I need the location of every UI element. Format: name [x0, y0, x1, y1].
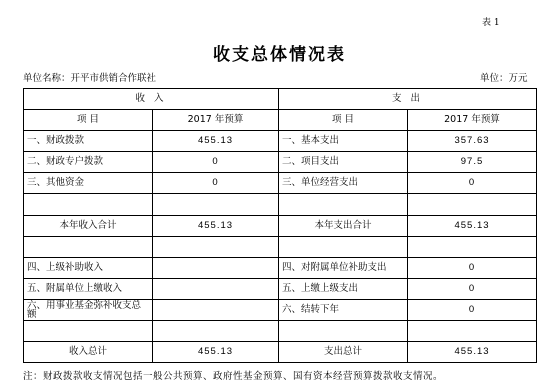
expense-value: 0: [408, 279, 537, 300]
expense-item: [279, 194, 408, 216]
expense-item: 二、项目支出: [279, 152, 408, 173]
expense-item: [279, 237, 408, 258]
income-subtotal-value: 455.13: [153, 216, 279, 237]
currency-unit-label: 单位：万元: [480, 70, 528, 84]
expense-total-value: 455.13: [408, 342, 537, 363]
income-budget-header: 2017 年预算: [153, 110, 279, 131]
expense-item: 四、对附属单位补助支出: [279, 258, 408, 279]
table-row: [24, 321, 537, 342]
expense-section-header: 支 出: [279, 89, 537, 110]
income-item: 五、附属单位上缴收入: [24, 279, 153, 300]
income-total-label: 收入总计: [24, 342, 153, 363]
income-value: [153, 300, 279, 321]
table-row: 三、其他资金 0 三、单位经营支出 0: [24, 173, 537, 194]
page-title: 收支总体情况表: [0, 40, 559, 65]
table-row: 收入总计 455.13 支出总计 455.13: [24, 342, 537, 363]
expense-value: [408, 321, 537, 342]
unit-name-label: 单位名称：开平市供销合作联社: [23, 70, 156, 84]
section-header-row: 收 入 支 出: [24, 89, 537, 110]
income-item-header: 项 目: [24, 110, 153, 131]
table-row: 本年收入合计 455.13 本年支出合计 455.13: [24, 216, 537, 237]
expense-subtotal-label: 本年支出合计: [279, 216, 408, 237]
income-value: [153, 279, 279, 300]
table-row: [24, 194, 537, 216]
expense-item: 一、基本支出: [279, 131, 408, 152]
income-value: [153, 321, 279, 342]
expense-budget-header: 2017 年预算: [408, 110, 537, 131]
income-item: 四、上级补助收入: [24, 258, 153, 279]
income-expense-table: 收 入 支 出 项 目 2017 年预算 项 目 2017 年预算 一、财政拨款…: [23, 88, 537, 363]
income-item: [24, 321, 153, 342]
income-subtotal-label: 本年收入合计: [24, 216, 153, 237]
column-header-row: 项 目 2017 年预算 项 目 2017 年预算: [24, 110, 537, 131]
table-row: 五、附属单位上缴收入 五、上缴上级支出 0: [24, 279, 537, 300]
expense-value: [408, 237, 537, 258]
table-row: 六、用事业基金弥补收支总额 六、结转下年 0: [24, 300, 537, 321]
income-item: [24, 194, 153, 216]
expense-subtotal-value: 455.13: [408, 216, 537, 237]
expense-value: 357.63: [408, 131, 537, 152]
expense-value: 0: [408, 173, 537, 194]
income-value: [153, 194, 279, 216]
income-item: 一、财政拨款: [24, 131, 153, 152]
income-value: [153, 258, 279, 279]
income-item: [24, 237, 153, 258]
income-total-value: 455.13: [153, 342, 279, 363]
income-value: [153, 237, 279, 258]
expense-item: 六、结转下年: [279, 300, 408, 321]
expense-value: 97.5: [408, 152, 537, 173]
income-item: 三、其他资金: [24, 173, 153, 194]
expense-item: 五、上缴上级支出: [279, 279, 408, 300]
income-value: 0: [153, 173, 279, 194]
table-row: 四、上级补助收入 四、对附属单位补助支出 0: [24, 258, 537, 279]
income-item: 六、用事业基金弥补收支总额: [24, 300, 153, 321]
expense-item: [279, 321, 408, 342]
income-value: 0: [153, 152, 279, 173]
expense-total-label: 支出总计: [279, 342, 408, 363]
income-item: 二、财政专户拨款: [24, 152, 153, 173]
expense-item: 三、单位经营支出: [279, 173, 408, 194]
income-value: 455.13: [153, 131, 279, 152]
expense-value: 0: [408, 258, 537, 279]
expense-value: [408, 194, 537, 216]
table-number: 表 1: [482, 15, 500, 28]
income-section-header: 收 入: [24, 89, 279, 110]
expense-item-header: 项 目: [279, 110, 408, 131]
table-row: 二、财政专户拨款 0 二、项目支出 97.5: [24, 152, 537, 173]
footnote: 注：财政拨款收支情况包括一般公共预算、政府性基金预算、国有资本经营预算拨款收支情…: [23, 368, 443, 382]
table-row: [24, 237, 537, 258]
expense-value: 0: [408, 300, 537, 321]
table-row: 一、财政拨款 455.13 一、基本支出 357.63: [24, 131, 537, 152]
